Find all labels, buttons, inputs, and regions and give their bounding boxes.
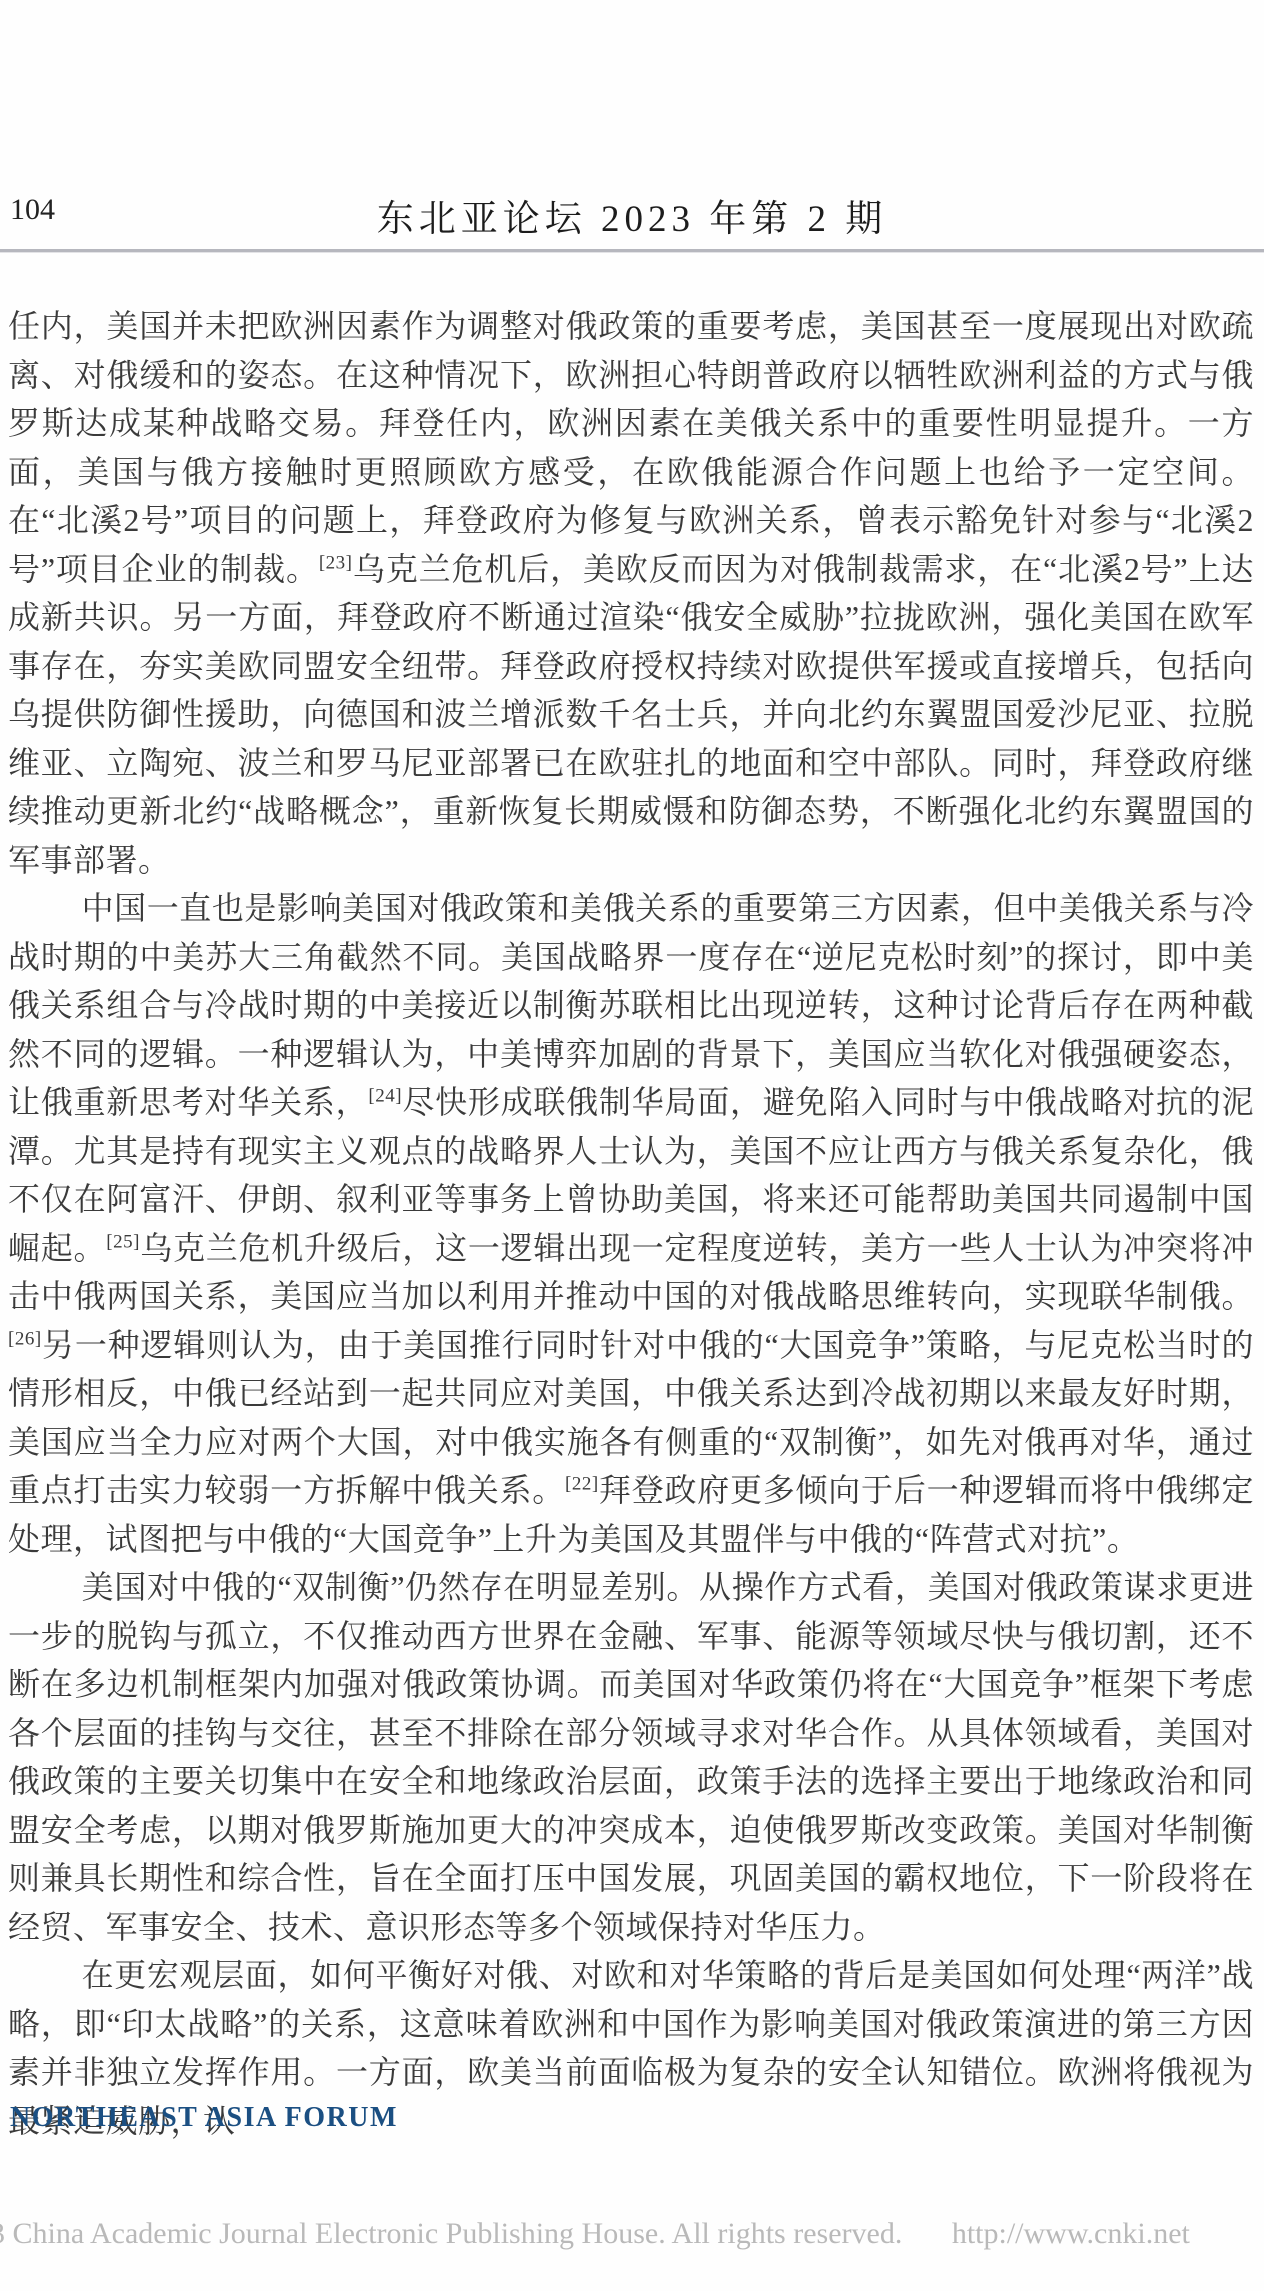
watermark-text: 3 China Academic Journal Electronic Publ…: [0, 2217, 902, 2250]
paragraph-text: 任内，美国并未把欧洲因素作为调整对俄政策的重要考虑，美国甚至一度展现出对欧疏离、…: [8, 308, 1254, 587]
header-divider: [0, 249, 1264, 253]
footnote-ref: [23]: [319, 552, 353, 573]
footnote-ref: [25]: [106, 1231, 140, 1252]
journal-footer-name: NORTHEAST ASIA FORUM: [10, 2102, 398, 2134]
paragraph: 任内，美国并未把欧洲因素作为调整对俄政策的重要考虑，美国甚至一度展现出对欧疏离、…: [8, 302, 1254, 884]
footnote-ref: [26]: [8, 1328, 42, 1349]
paragraph-text: 乌克兰危机后，美欧反而因为对俄制裁需求，在“北溪2号”上达成新共识。另一方面，拜…: [8, 551, 1254, 878]
paragraph: 中国一直也是影响美国对俄政策和美俄关系的重要第三方因素，但中美俄关系与冷战时期的…: [8, 884, 1254, 1563]
journal-header-title: 东北亚论坛 2023 年第 2 期: [0, 188, 1264, 242]
paragraph-text: 乌克兰危机升级后，这一逻辑出现一定程度逆转，美方一些人士认为冲突将冲击中俄两国关…: [8, 1230, 1254, 1315]
footnote-ref: [22]: [565, 1473, 599, 1494]
cnki-url[interactable]: http://www.cnki.net: [952, 2217, 1190, 2250]
article-body: 任内，美国并未把欧洲因素作为调整对俄政策的重要考虑，美国甚至一度展现出对欧疏离、…: [8, 302, 1254, 2145]
copyright-watermark: 3 China Academic Journal Electronic Publ…: [0, 2217, 1190, 2251]
page-header: 104 东北亚论坛 2023 年第 2 期: [0, 188, 1264, 238]
footnote-ref: [24]: [368, 1085, 402, 1106]
paragraph: 美国对中俄的“双制衡”仍然存在明显差别。从操作方式看，美国对俄政策谋求更进一步的…: [8, 1563, 1254, 1951]
paragraph-text: 美国对中俄的“双制衡”仍然存在明显差别。从操作方式看，美国对俄政策谋求更进一步的…: [8, 1569, 1254, 1945]
journal-page: 104 东北亚论坛 2023 年第 2 期 任内，美国并未把欧洲因素作为调整对俄…: [0, 0, 1264, 2291]
